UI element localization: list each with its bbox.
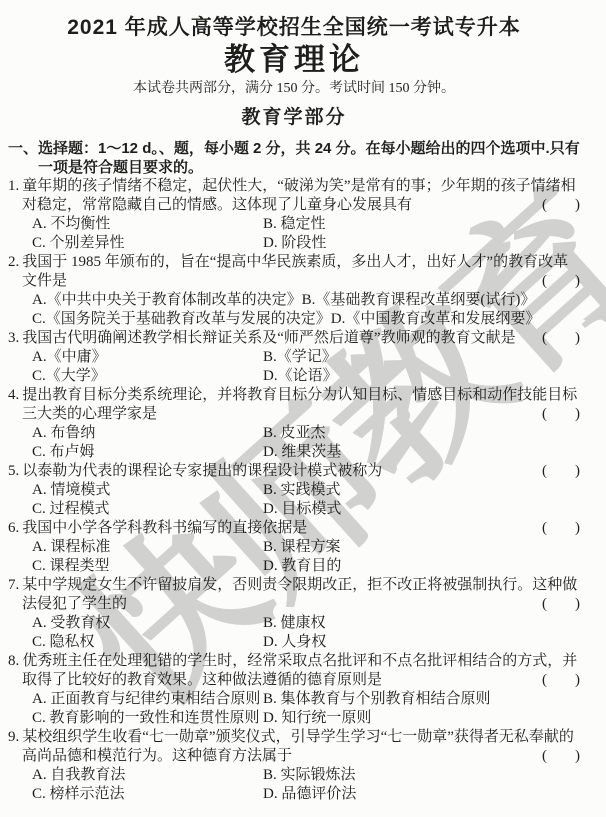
exam-title: 2021 年成人高等学校招生全国统一考试专升本	[8, 14, 580, 41]
exam-paper-page: 快师教育 2021 年成人高等学校招生全国统一考试专升本 教育理论 本试卷共两部…	[0, 0, 606, 817]
option-d: D. 目标模式	[263, 500, 341, 519]
paren-open: (	[542, 520, 547, 536]
question-stem: 我国于 1985 年颁布的，旨在“提高中华民族素质，多出人才，出好人才”的教育改…	[22, 254, 568, 289]
option-row: A.《中共中央关于教育体制改革的决定》B.《基础教育课程改革纲要(试行)》	[32, 291, 580, 310]
question-stem: 我国中小学各学科教科书编写的直接依据是	[22, 520, 307, 536]
paren-close: )	[575, 406, 580, 422]
paren-open: (	[542, 748, 547, 764]
question-number: 4.	[8, 387, 22, 403]
question-item: 2.我国于 1985 年颁布的，旨在“提高中华民族素质，多出人才，出好人才”的教…	[8, 253, 580, 329]
question-number: 8.	[8, 653, 22, 669]
paren-close: )	[575, 748, 580, 764]
question-item: 4.提出教育目标分类系统理论，并将教育目标分为认知目标、情感目标和动作技能目标三…	[8, 386, 580, 462]
option-b: B. 健康权	[263, 614, 326, 633]
paren-open: (	[542, 672, 547, 688]
option-b: B. 稳定性	[263, 215, 326, 234]
question-item: 1.童年期的孩子情绪不稳定，起伏性大，“破涕为笑”是常有的事；少年期的孩子情绪相…	[8, 177, 580, 253]
option-block: A. 情境模式B. 实践模式C. 过程模式D. 目标模式	[32, 481, 580, 519]
section-instruction: 一、选择题：1～12 d。、题，每小题 2 分，共 24 分。在每小题给出的四个…	[8, 139, 580, 177]
option-row: C. 布卢姆D. 维果茨基	[32, 443, 580, 462]
paren-close: )	[575, 197, 580, 213]
paren-close: )	[575, 672, 580, 688]
question-text-line: 2.我国于 1985 年颁布的，旨在“提高中华民族素质，多出人才，出好人才”的教…	[8, 253, 580, 291]
question-number: 1.	[8, 178, 22, 194]
question-stem: 童年期的孩子情绪不稳定，起伏性大，“破涕为笑”是常有的事；少年期的孩子情绪相对稳…	[22, 178, 576, 213]
option-block: A. 自我教育法B. 实际锻炼法C. 榜样示范法D. 品德评价法	[32, 766, 580, 804]
paren-close: )	[575, 273, 580, 289]
option-b: B.《基础教育课程改革纲要(试行)》	[302, 291, 536, 310]
answer-paren: ()	[542, 196, 580, 215]
option-row: A.《中庸》B.《学记》	[32, 348, 580, 367]
question-number: 7.	[8, 577, 22, 593]
option-a: A.《中庸》	[32, 348, 263, 367]
option-b: B. 实际锻炼法	[263, 766, 356, 785]
option-d: D. 品德评价法	[263, 785, 356, 804]
option-a: A. 情境模式	[32, 481, 263, 500]
option-a: A. 自我教育法	[32, 766, 263, 785]
question-number: 6.	[8, 520, 22, 536]
answer-paren: ()	[542, 405, 580, 424]
option-row: A. 受教育权B. 健康权	[32, 614, 580, 633]
paren-close: )	[575, 520, 580, 536]
paren-open: (	[542, 273, 547, 289]
question-number: 5.	[8, 463, 22, 479]
option-block: A.《中庸》B.《学记》C.《大学》D.《论语》	[32, 348, 580, 386]
question-stem: 某校组织学生收看“七一勋章”颁奖仪式，引导学生学习“七一勋章”获得者无私奉献的高…	[22, 729, 574, 764]
option-c: C.《大学》	[32, 367, 263, 386]
option-c: C. 教育影响的一致性和连贯性原则	[32, 709, 263, 728]
paren-open: (	[542, 463, 547, 479]
question-text-line: 1.童年期的孩子情绪不稳定，起伏性大，“破涕为笑”是常有的事；少年期的孩子情绪相…	[8, 177, 580, 215]
paren-open: (	[542, 406, 547, 422]
option-c: C. 榜样示范法	[32, 785, 263, 804]
option-row: A. 布鲁纳B. 皮亚杰	[32, 424, 580, 443]
option-a: A.《中共中央关于教育体制改革的决定》	[32, 291, 302, 310]
question-item: 5.以泰勒为代表的课程论专家提出的课程设计模式被称为 () A. 情境模式B. …	[8, 462, 580, 519]
answer-paren: ()	[542, 462, 580, 481]
paren-open: (	[542, 596, 547, 612]
option-d: D. 维果茨基	[263, 443, 341, 462]
question-item: 8.优秀班主任在处理犯错的学生时，经常采取点名批评和不点名批评相结合的方式，并取…	[8, 652, 580, 728]
question-text-line: 5.以泰勒为代表的课程论专家提出的课程设计模式被称为 ()	[8, 462, 580, 481]
option-row: A. 不均衡性B. 稳定性	[32, 215, 580, 234]
option-row: C. 教育影响的一致性和连贯性原则D. 知行统一原则	[32, 709, 580, 728]
answer-paren: ()	[542, 671, 580, 690]
option-row: C.《国务院关于基础教育改革与发展的决定》D.《中国教育改革和发展纲要》	[32, 310, 580, 329]
question-number: 9.	[8, 729, 22, 745]
option-row: C. 隐私权D. 人身权	[32, 633, 580, 652]
option-row: C. 个别差异性D. 阶段性	[32, 234, 580, 253]
option-row: C.《大学》D.《论语》	[32, 367, 580, 386]
option-block: A. 布鲁纳B. 皮亚杰C. 布卢姆D. 维果茨基	[32, 424, 580, 462]
option-b: B. 集体教育与个别教育相结合原则	[263, 690, 491, 709]
option-block: A.《中共中央关于教育体制改革的决定》B.《基础教育课程改革纲要(试行)》C.《…	[32, 291, 580, 329]
option-block: A. 课程标准B. 课程方案C. 课程类型D. 教育目的	[32, 538, 580, 576]
question-number: 2.	[8, 254, 22, 270]
option-a: A. 受教育权	[32, 614, 263, 633]
option-a: A. 不均衡性	[32, 215, 263, 234]
option-a: A. 正面教育与纪律约束相结合原则	[32, 690, 263, 709]
option-row: C. 榜样示范法D. 品德评价法	[32, 785, 580, 804]
answer-paren: ()	[542, 329, 580, 348]
option-c: C. 布卢姆	[32, 443, 263, 462]
answer-paren: ()	[542, 595, 580, 614]
question-text-line: 4.提出教育目标分类系统理论，并将教育目标分为认知目标、情感目标和动作技能目标三…	[8, 386, 580, 424]
question-number: 3.	[8, 330, 22, 346]
question-text-line: 6.我国中小学各学科教科书编写的直接依据是 ()	[8, 519, 580, 538]
option-c: C. 隐私权	[32, 633, 263, 652]
option-b: B. 皮亚杰	[263, 424, 326, 443]
option-row: A. 课程标准B. 课程方案	[32, 538, 580, 557]
option-d: D.《中国教育改革和发展纲要》	[331, 310, 541, 329]
answer-paren: ()	[542, 519, 580, 538]
option-d: D.《论语》	[263, 367, 338, 386]
question-item: 3.我国古代明确阐述教学相长辩证关系及“师严然后道尊”教师观的教育文献是 () …	[8, 329, 580, 386]
option-c: C. 课程类型	[32, 557, 263, 576]
option-d: D. 阶段性	[263, 234, 326, 253]
paper-note: 本试卷共两部分，满分 150 分。考试时间 150 分钟。	[8, 79, 580, 98]
option-d: D. 人身权	[263, 633, 326, 652]
paren-close: )	[575, 463, 580, 479]
option-d: D. 知行统一原则	[263, 709, 371, 728]
option-c: C. 个别差异性	[32, 234, 263, 253]
question-text-line: 3.我国古代明确阐述教学相长辩证关系及“师严然后道尊”教师观的教育文献是 ()	[8, 329, 580, 348]
option-block: A. 不均衡性B. 稳定性C. 个别差异性D. 阶段性	[32, 215, 580, 253]
paren-open: (	[542, 197, 547, 213]
option-row: A. 正面教育与纪律约束相结合原则B. 集体教育与个别教育相结合原则	[32, 690, 580, 709]
answer-paren: ()	[542, 747, 580, 766]
option-b: B.《学记》	[263, 348, 337, 367]
question-stem: 某中学规定女生不许留披肩发，否则责令限期改正，拒不改正将被强制执行。这种做法侵犯…	[22, 577, 577, 612]
option-row: C. 过程模式D. 目标模式	[32, 500, 580, 519]
option-c: C.《国务院关于基础教育改革与发展的决定》	[32, 310, 331, 329]
option-a: A. 布鲁纳	[32, 424, 263, 443]
question-text-line: 9.某校组织学生收看“七一勋章”颁奖仪式，引导学生学习“七一勋章”获得者无私奉献…	[8, 728, 580, 766]
option-a: A. 课程标准	[32, 538, 263, 557]
page-content: 2021 年成人高等学校招生全国统一考试专升本 教育理论 本试卷共两部分，满分 …	[0, 0, 606, 804]
paren-close: )	[575, 596, 580, 612]
question-stem: 提出教育目标分类系统理论，并将教育目标分为认知目标、情感目标和动作技能目标三大类…	[22, 387, 577, 422]
option-block: A. 正面教育与纪律约束相结合原则B. 集体教育与个别教育相结合原则C. 教育影…	[32, 690, 580, 728]
question-text-line: 8.优秀班主任在处理犯错的学生时，经常采取点名批评和不点名批评相结合的方式，并取…	[8, 652, 580, 690]
question-text-line: 7.某中学规定女生不许留披肩发，否则责令限期改正，拒不改正将被强制执行。这种做法…	[8, 576, 580, 614]
question-item: 7.某中学规定女生不许留披肩发，否则责令限期改正，拒不改正将被强制执行。这种做法…	[8, 576, 580, 652]
option-row: C. 课程类型D. 教育目的	[32, 557, 580, 576]
paper-title: 教育理论	[8, 41, 580, 79]
question-item: 9.某校组织学生收看“七一勋章”颁奖仪式，引导学生学习“七一勋章”获得者无私奉献…	[8, 728, 580, 804]
section-heading: 教育学部分	[8, 104, 580, 131]
option-d: D. 教育目的	[263, 557, 341, 576]
option-row: A. 自我教育法B. 实际锻炼法	[32, 766, 580, 785]
question-stem: 以泰勒为代表的课程论专家提出的课程设计模式被称为	[22, 463, 382, 479]
option-b: B. 实践模式	[263, 481, 341, 500]
question-stem: 优秀班主任在处理犯错的学生时，经常采取点名批评和不点名批评相结合的方式，并取得了…	[22, 653, 577, 688]
option-c: C. 过程模式	[32, 500, 263, 519]
option-b: B. 课程方案	[263, 538, 341, 557]
question-item: 6.我国中小学各学科教科书编写的直接依据是 () A. 课程标准B. 课程方案C…	[8, 519, 580, 576]
option-block: A. 受教育权B. 健康权C. 隐私权D. 人身权	[32, 614, 580, 652]
option-row: A. 情境模式B. 实践模式	[32, 481, 580, 500]
paren-close: )	[575, 330, 580, 346]
question-list: 1.童年期的孩子情绪不稳定，起伏性大，“破涕为笑”是常有的事；少年期的孩子情绪相…	[8, 177, 580, 804]
answer-paren: ()	[542, 272, 580, 291]
paren-open: (	[542, 330, 547, 346]
question-stem: 我国古代明确阐述教学相长辩证关系及“师严然后道尊”教师观的教育文献是	[22, 330, 515, 346]
